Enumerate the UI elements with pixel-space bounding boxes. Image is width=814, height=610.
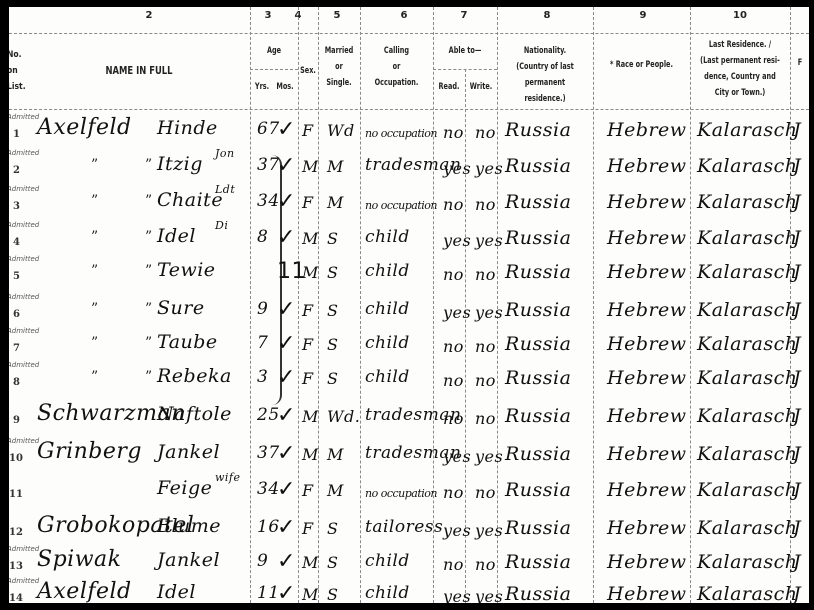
last-residence: Kalarasch	[697, 551, 797, 573]
occupation: child	[365, 299, 410, 319]
header-last-residence: Last Residence. / (Last permanent resi- …	[698, 37, 783, 101]
given-name: Itzig	[157, 153, 203, 175]
nationality: Russia	[505, 119, 571, 141]
given-name: Chaite	[157, 189, 223, 211]
can-write: yes	[475, 587, 503, 603]
can-write: yes	[475, 231, 503, 250]
marital-status: S	[327, 301, 338, 320]
last-residence: Kalarasch	[697, 583, 797, 603]
marital-status: S	[327, 519, 338, 538]
can-read: no	[443, 409, 464, 428]
race: Hebrew	[607, 333, 687, 355]
marital-status: M	[327, 481, 344, 500]
col-num-5: 5	[327, 10, 347, 21]
row-number: 9	[13, 415, 20, 426]
col-num-8: 8	[497, 10, 597, 21]
header-name-in-full: NAME IN FULL	[88, 63, 190, 79]
marital-status: S	[327, 229, 338, 248]
given-name: Idel	[157, 581, 196, 603]
can-read: yes	[443, 521, 471, 540]
header-age-mos: Mos.	[274, 79, 296, 95]
row-number: 10	[9, 453, 23, 464]
last-residence: Kalarasch	[697, 517, 797, 539]
row-number: 4	[13, 237, 20, 248]
can-read: no	[443, 123, 464, 142]
marital-status: S	[327, 553, 338, 572]
ditto-mark: ”	[91, 193, 98, 209]
last-residence: Kalarasch	[697, 227, 797, 249]
can-write: no	[475, 123, 496, 142]
marital-status: M	[327, 157, 344, 176]
can-write: no	[475, 265, 496, 284]
sex: F	[302, 369, 314, 388]
col-num-9: 9	[593, 10, 693, 21]
last-residence: Kalarasch	[697, 443, 797, 465]
header-sex: Sex.	[298, 63, 318, 79]
can-write: no	[475, 337, 496, 356]
overflow-text: J	[793, 479, 801, 501]
given-name: Taube	[157, 331, 218, 353]
race: Hebrew	[607, 299, 687, 321]
sex: F	[302, 301, 314, 320]
race: Hebrew	[607, 405, 687, 427]
ditto-mark: ”	[91, 157, 98, 173]
row-number: 5	[13, 271, 20, 282]
header-married: Married or Single.	[321, 43, 357, 91]
col-divider	[360, 7, 361, 603]
margin-note: Admitted	[9, 361, 39, 369]
race: Hebrew	[607, 443, 687, 465]
header-nationality: Nationality. (Country of last permanent …	[504, 43, 586, 107]
last-residence: Kalarasch	[697, 405, 797, 427]
can-write: no	[475, 409, 496, 428]
overflow-text: J	[793, 155, 801, 177]
nationality: Russia	[505, 405, 571, 427]
nationality: Russia	[505, 367, 571, 389]
overflow-text: J	[793, 517, 801, 539]
sex: M	[302, 553, 319, 572]
overflow-text: J	[793, 333, 801, 355]
margin-note: Admitted	[9, 185, 39, 193]
overflow-text: J	[793, 443, 801, 465]
occupation: tailoress	[365, 517, 443, 537]
occupation: no occupation	[365, 127, 437, 140]
can-read: yes	[443, 447, 471, 466]
row-number: 11	[9, 489, 23, 500]
header-age: Age	[254, 43, 295, 59]
overflow-text: J	[793, 299, 801, 321]
race: Hebrew	[607, 479, 687, 501]
checkmark: ✓	[277, 189, 296, 214]
sex: F	[302, 519, 314, 538]
can-write: no	[475, 195, 496, 214]
occupation: child	[365, 551, 410, 571]
nationality: Russia	[505, 155, 571, 177]
race: Hebrew	[607, 367, 687, 389]
can-read: no	[443, 555, 464, 574]
ditto-mark: ”	[145, 335, 152, 351]
can-read: yes	[443, 303, 471, 322]
header-rule-bottom	[9, 109, 809, 110]
nationality: Russia	[505, 333, 571, 355]
given-name: Hinde	[157, 117, 218, 139]
can-write: yes	[475, 159, 503, 178]
row-number: 2	[13, 165, 20, 176]
annotation: wife	[215, 471, 241, 484]
race: Hebrew	[607, 227, 687, 249]
col-num-2: 2	[99, 10, 199, 21]
row-number: 3	[13, 201, 20, 212]
sex: M	[302, 585, 319, 603]
age-years: 7	[257, 333, 268, 353]
margin-note: Admitted	[9, 293, 39, 301]
col-divider	[690, 7, 691, 603]
overflow-text: J	[793, 227, 801, 249]
nationality: Russia	[505, 299, 571, 321]
surname: Spiwak	[37, 547, 121, 572]
col-divider	[318, 7, 319, 603]
age-sub-rule	[250, 69, 298, 70]
occupation: no occupation	[365, 199, 437, 212]
overflow-text: J	[793, 191, 801, 213]
ditto-mark: ”	[145, 301, 152, 317]
marital-status: S	[327, 335, 338, 354]
race: Hebrew	[607, 155, 687, 177]
col-num-10: 10	[690, 10, 790, 21]
marital-status: Wd.	[327, 407, 360, 426]
sex: M	[302, 445, 319, 464]
margin-note: Admitted	[9, 327, 39, 335]
last-residence: Kalarasch	[697, 299, 797, 321]
ditto-mark: ”	[91, 369, 98, 385]
manifest-page: 2 3 4 5 6 7 8 9 10 No. on List. NAME IN …	[9, 7, 809, 603]
checkmark: ✓	[277, 581, 296, 603]
row-number: 7	[13, 343, 20, 354]
col-divider	[433, 7, 434, 603]
sex: M	[302, 263, 319, 282]
surname: Grinberg	[37, 439, 142, 464]
checkmark: ✓	[277, 365, 296, 390]
margin-note: Admitted	[9, 437, 39, 445]
col-num-7: 7	[434, 10, 494, 21]
margin-note: Admitted	[9, 545, 39, 553]
ditto-mark: ”	[91, 263, 98, 279]
sex: F	[302, 121, 314, 140]
ditto-mark: ”	[145, 193, 152, 209]
can-write: yes	[475, 521, 503, 540]
header-calling: Calling or Occupation.	[365, 43, 427, 91]
ditto-mark: ”	[91, 301, 98, 317]
overflow-text: J	[793, 405, 801, 427]
ditto-mark: ”	[91, 335, 98, 351]
ditto-mark: ”	[145, 263, 152, 279]
overflow-text: J	[793, 583, 801, 603]
sex: M	[302, 157, 319, 176]
col-num-6: 6	[369, 10, 439, 21]
nationality: Russia	[505, 479, 571, 501]
nationality: Russia	[505, 517, 571, 539]
can-write: yes	[475, 447, 503, 466]
ditto-mark: ”	[145, 157, 152, 173]
occupation: child	[365, 261, 410, 281]
can-write: no	[475, 555, 496, 574]
checkmark: ✓	[277, 331, 296, 356]
nationality: Russia	[505, 227, 571, 249]
able-sub-rule	[433, 69, 497, 70]
nationality: Russia	[505, 443, 571, 465]
occupation: no occupation	[365, 487, 437, 500]
race: Hebrew	[607, 517, 687, 539]
checkmark: ✓	[277, 441, 296, 466]
checkmark: ✓	[277, 477, 296, 502]
last-residence: Kalarasch	[697, 261, 797, 283]
surname: Axelfeld	[37, 115, 132, 140]
last-residence: Kalarasch	[697, 333, 797, 355]
surname: Axelfeld	[37, 579, 132, 603]
can-read: no	[443, 337, 464, 356]
col-divider	[298, 7, 299, 603]
given-name: Sure	[157, 297, 205, 319]
sex: F	[302, 193, 314, 212]
header-age-yrs: Yrs.	[252, 79, 272, 95]
last-residence: Kalarasch	[697, 479, 797, 501]
header-next-col: F	[796, 55, 805, 71]
row-number: 6	[13, 309, 20, 320]
race: Hebrew	[607, 261, 687, 283]
overflow-text: J	[793, 367, 801, 389]
checkmark: ✓	[277, 403, 296, 428]
race: Hebrew	[607, 119, 687, 141]
nationality: Russia	[505, 191, 571, 213]
age-years: 3	[257, 367, 268, 387]
occupation: child	[365, 367, 410, 387]
margin-note: Admitted	[9, 149, 39, 157]
age-years: 9	[257, 299, 268, 319]
given-name: Tewie	[157, 259, 216, 281]
age-years: 8	[257, 227, 268, 247]
given-name: Feige	[157, 477, 212, 499]
given-name: Idel	[157, 225, 196, 247]
annotation: Di	[215, 219, 228, 232]
checkmark: ✓	[277, 117, 296, 142]
marital-status: M	[327, 445, 344, 464]
margin-note: Admitted	[9, 113, 39, 121]
nationality: Russia	[505, 583, 571, 603]
age-years: 9	[257, 551, 268, 571]
col-divider	[250, 7, 251, 603]
last-residence: Kalarasch	[697, 155, 797, 177]
header-no-on-list: No. on List.	[9, 47, 27, 95]
sex: M	[302, 407, 319, 426]
can-read: yes	[443, 587, 471, 603]
row-number: 8	[13, 377, 20, 388]
can-write: yes	[475, 303, 503, 322]
overflow-text: J	[793, 261, 801, 283]
given-name: Blume	[157, 515, 221, 537]
can-write: no	[475, 483, 496, 502]
sex: F	[302, 335, 314, 354]
last-residence: Kalarasch	[697, 191, 797, 213]
can-read: no	[443, 483, 464, 502]
marital-status: Wd	[327, 121, 355, 140]
checkmark: ✓	[277, 153, 296, 178]
race: Hebrew	[607, 191, 687, 213]
header-rule-top	[9, 33, 809, 34]
checkmark: ✓	[277, 515, 296, 540]
can-read: yes	[443, 231, 471, 250]
can-read: no	[443, 265, 464, 284]
can-read: yes	[443, 159, 471, 178]
last-residence: Kalarasch	[697, 367, 797, 389]
given-name: Jankel	[157, 549, 220, 571]
marital-status: S	[327, 263, 338, 282]
given-name: Rebeka	[157, 365, 232, 387]
can-write: no	[475, 371, 496, 390]
checkmark: ✓	[277, 225, 296, 250]
col-num-3: 3	[258, 10, 278, 21]
marital-status: S	[327, 369, 338, 388]
annotation: Ldt	[215, 183, 235, 196]
margin-note: Admitted	[9, 577, 39, 585]
annotation: Jon	[215, 147, 235, 160]
occupation: child	[365, 333, 410, 353]
nationality: Russia	[505, 261, 571, 283]
overflow-text: J	[793, 551, 801, 573]
row-number: 14	[9, 593, 23, 603]
race: Hebrew	[607, 583, 687, 603]
occupation: child	[365, 227, 410, 247]
checkmark: ✓	[277, 297, 296, 322]
occupation: child	[365, 583, 410, 603]
given-name: Jankel	[157, 441, 220, 463]
marital-status: S	[327, 585, 338, 603]
sex: M	[302, 229, 319, 248]
marital-status: M	[327, 193, 344, 212]
overflow-text: J	[793, 119, 801, 141]
ditto-mark: ”	[145, 229, 152, 245]
margin-note: Admitted	[9, 221, 39, 229]
sex: F	[302, 481, 314, 500]
nationality: Russia	[505, 551, 571, 573]
row-number: 12	[9, 527, 23, 538]
given-name: Naftole	[157, 403, 232, 425]
row-number: 13	[9, 561, 23, 572]
header-write: Write.	[467, 79, 494, 95]
margin-note: Admitted	[9, 255, 39, 263]
ditto-mark: ”	[91, 229, 98, 245]
last-residence: Kalarasch	[697, 119, 797, 141]
can-read: no	[443, 371, 464, 390]
row-number: 1	[13, 129, 20, 140]
ditto-mark: ”	[145, 369, 152, 385]
header-read: Read.	[435, 79, 462, 95]
col-divider	[593, 7, 594, 603]
header-race: * Race or People.	[600, 57, 682, 73]
checkmark: ✓	[277, 549, 296, 574]
can-read: no	[443, 195, 464, 214]
race: Hebrew	[607, 551, 687, 573]
header-able-to: Able to—	[438, 43, 492, 59]
